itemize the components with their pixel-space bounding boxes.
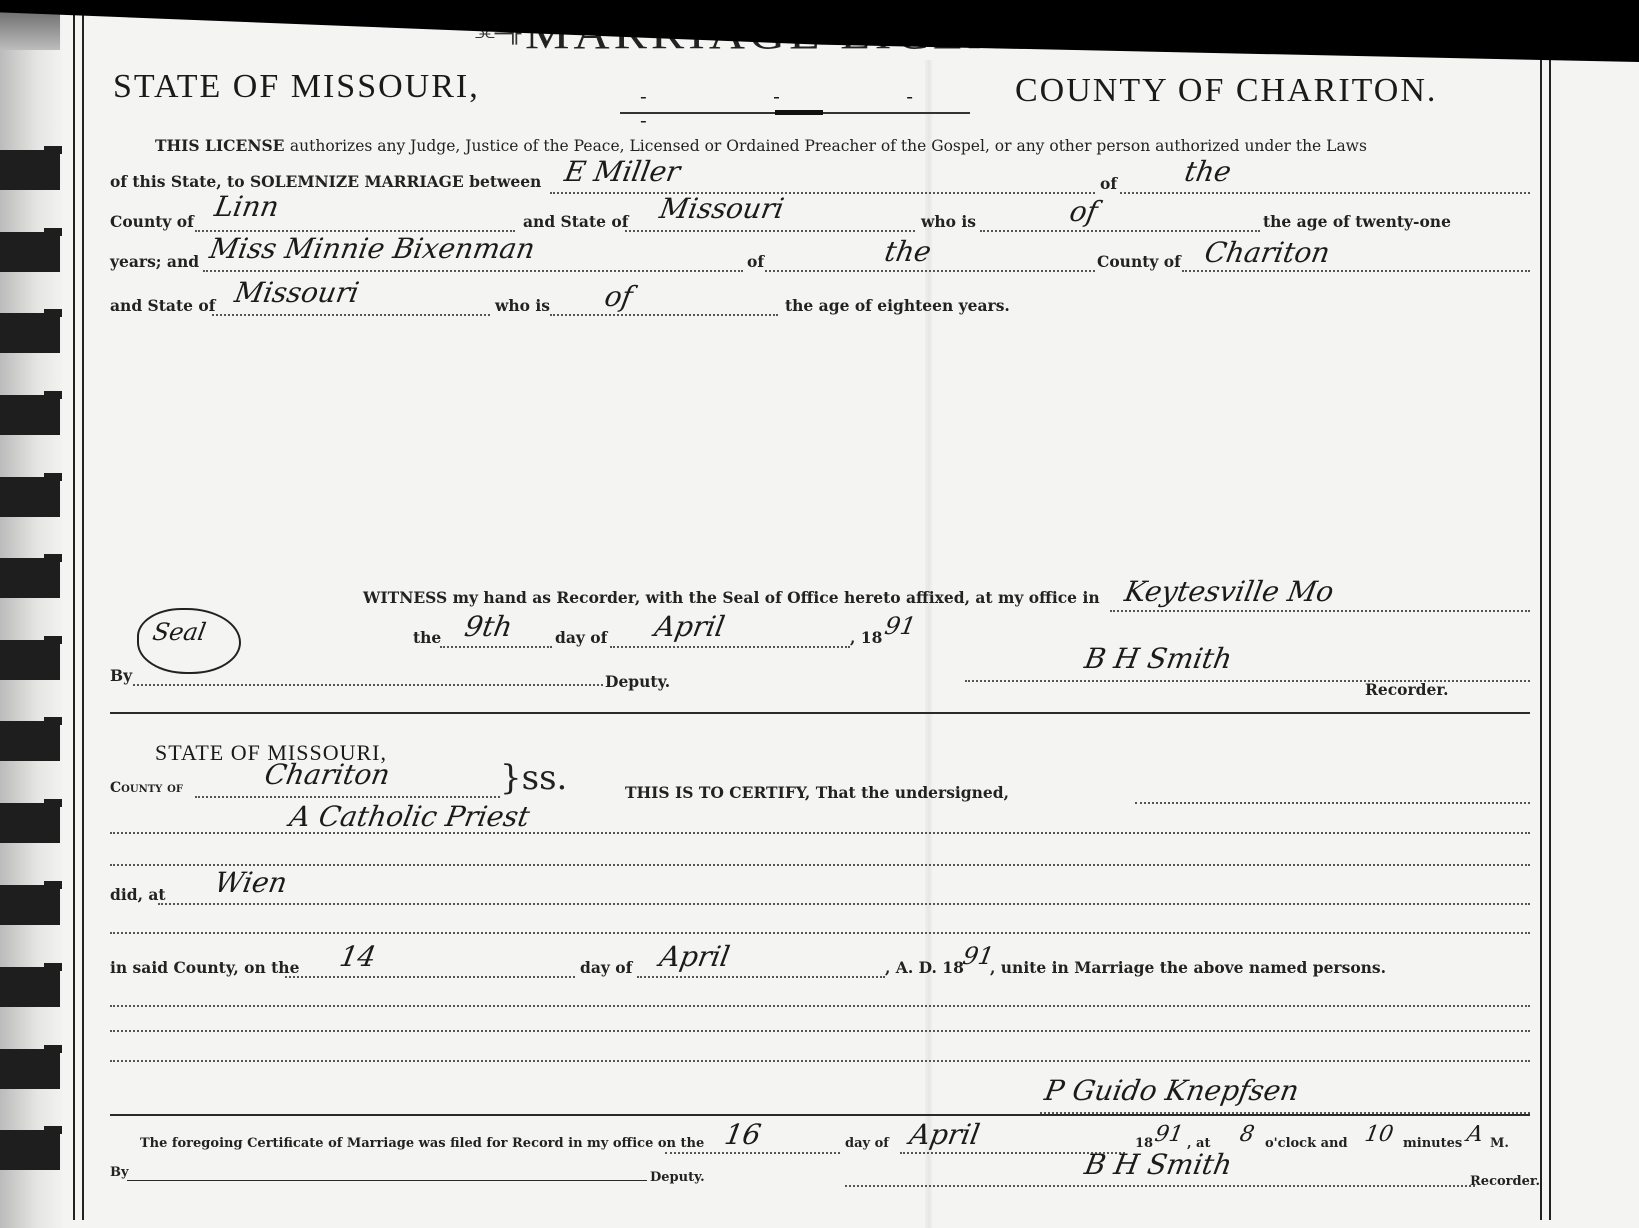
filing-deputy-line	[127, 1180, 647, 1181]
bride-name-line	[203, 270, 743, 272]
filing-deputy-label: Deputy.	[650, 1170, 705, 1185]
filing-day-field[interactable]: 16	[722, 1118, 763, 1151]
binder-tab	[0, 558, 60, 598]
witness-by-label: By	[110, 666, 132, 685]
filing-recorder-line	[845, 1185, 1475, 1187]
blank-line	[110, 932, 1530, 934]
cert-county-label: County of	[110, 780, 183, 796]
and-state-of-label: and State of	[523, 212, 628, 231]
in-said-county-label: in said County, on the	[110, 958, 299, 977]
header-dashes: - - - -	[640, 84, 1030, 132]
groom-name-field[interactable]: E Miller	[562, 155, 683, 188]
header-rule	[620, 112, 970, 114]
filing-day-of-label: day of	[845, 1136, 889, 1151]
filing-year-field[interactable]: 91	[1153, 1122, 1185, 1147]
filing-text: The foregoing Certificate of Marriage wa…	[140, 1136, 704, 1151]
bride-state-label: and State of	[110, 296, 215, 315]
border-line-right-outer	[1549, 10, 1551, 1220]
license-intro: THIS LICENSE authorizes any Judge, Justi…	[155, 136, 1367, 155]
filing-meridiem-field[interactable]: A	[1465, 1122, 1485, 1147]
groom-age-field[interactable]: of	[1067, 195, 1100, 228]
groom-state-field[interactable]: Missouri	[657, 192, 786, 225]
witness-the-label: the	[413, 628, 441, 647]
binder-tab	[0, 640, 60, 680]
cert-county-field[interactable]: Chariton	[262, 758, 392, 791]
bride-state-line	[212, 314, 490, 316]
office-location-line	[1110, 610, 1530, 612]
cert-month-line	[637, 976, 885, 978]
binder-tab	[0, 477, 60, 517]
filing-recorder-label: Recorder.	[1470, 1174, 1540, 1189]
bride-age-line	[550, 314, 778, 316]
cert-month-field[interactable]: April	[657, 940, 732, 973]
officiant-signature: P Guido Knepfsen	[1042, 1074, 1301, 1107]
binder-tab	[0, 232, 60, 272]
filing-day-line	[665, 1152, 840, 1154]
solemnize-label: of this State, to SOLEMNIZE MARRIAGE bet…	[110, 172, 541, 191]
witness-deputy-label: Deputy.	[605, 672, 670, 691]
groom-of-field[interactable]: the	[1182, 155, 1234, 188]
binder-tab	[0, 967, 60, 1007]
binder-tab	[0, 1130, 60, 1170]
recorder-label: Recorder.	[1365, 680, 1449, 699]
binder-spine	[0, 0, 62, 1228]
binder-tab	[0, 803, 60, 843]
cert-day-line	[285, 976, 575, 978]
age-21-label: the age of twenty-one	[1263, 212, 1451, 231]
witness-month-field[interactable]: April	[652, 610, 727, 643]
witness-year-field[interactable]: 91	[883, 612, 918, 640]
blank-line	[110, 1005, 1530, 1007]
binder-tab	[0, 395, 60, 435]
blank-line	[110, 1060, 1530, 1062]
oclock-label: o'clock and	[1265, 1136, 1348, 1151]
witness-deputy-line	[133, 684, 603, 686]
bride-of-label: of	[747, 252, 764, 271]
recorder-signature: B H Smith	[1082, 642, 1235, 675]
ss-brace: }ss.	[500, 758, 567, 798]
certify-text: THIS IS TO CERTIFY, That the undersigned…	[625, 783, 1009, 802]
cert-day-field[interactable]: 14	[337, 940, 378, 973]
cert-county-line	[195, 796, 500, 798]
groom-of-line	[1120, 192, 1530, 194]
bride-county-line	[1182, 270, 1530, 272]
bride-of-field[interactable]: the	[882, 235, 934, 268]
witness-year-prefix: , 18	[850, 628, 882, 647]
witness-month-line	[610, 646, 850, 648]
binder-tab	[0, 885, 60, 925]
undersigned-line	[1135, 802, 1530, 804]
border-line-left-inner	[82, 10, 84, 1220]
county-heading: COUNTY OF CHARITON.	[1015, 72, 1437, 110]
blank-line	[110, 864, 1530, 866]
seal-mark: Seal	[137, 608, 241, 674]
blank-line	[110, 1030, 1530, 1032]
unite-text: , unite in Marriage the above named pers…	[990, 958, 1386, 977]
bride-name-field[interactable]: Miss Minnie Bixenman	[207, 232, 537, 265]
bride-county-field[interactable]: Chariton	[1202, 236, 1332, 269]
binder-tab	[0, 150, 60, 190]
binder-tab	[0, 1049, 60, 1089]
binder-tab	[0, 721, 60, 761]
witness-day-of-label: day of	[555, 628, 607, 647]
officiant-field[interactable]: A Catholic Priest	[287, 800, 532, 833]
witness-text: WITNESS my hand as Recorder, with the Se…	[363, 588, 1100, 607]
ad-label: , A. D. 18	[885, 958, 964, 977]
of-label: of	[1100, 174, 1117, 193]
filing-by-label: By	[110, 1165, 129, 1180]
age-18-label: the age of eighteen years.	[785, 296, 1010, 315]
filing-minutes-field[interactable]: 10	[1363, 1122, 1395, 1147]
marriage-license-page: ⫘═╬ MARRIAGE LICENSE. STATE OF MISSOURI,…	[85, 0, 1545, 1228]
place-field[interactable]: Wien	[212, 866, 290, 899]
binder-tab	[0, 313, 60, 353]
border-line-left-outer	[73, 10, 75, 1220]
groom-state-line	[625, 230, 915, 232]
groom-age-line	[980, 230, 1260, 232]
bride-county-label: County of	[1097, 252, 1181, 271]
filing-month-field[interactable]: April	[907, 1118, 982, 1151]
bride-of-line	[765, 270, 1095, 272]
bride-who-is-label: who is	[495, 296, 550, 315]
years-and-label: years; and	[110, 252, 199, 271]
m-label: M.	[1490, 1136, 1509, 1151]
who-is-label: who is	[921, 212, 976, 231]
place-line	[158, 903, 1530, 905]
filing-recorder-signature: B H Smith	[1082, 1148, 1235, 1181]
filing-hour-field[interactable]: 8	[1238, 1122, 1256, 1147]
groom-name-line	[550, 192, 1095, 194]
office-location-field[interactable]: Keytesville Mo	[1122, 575, 1336, 608]
cert-day-of-label: day of	[580, 958, 632, 977]
bride-age-field[interactable]: of	[602, 280, 635, 313]
did-at-label: did, at	[110, 885, 166, 904]
state-heading: STATE OF MISSOURI,	[113, 68, 480, 106]
witness-day-line	[440, 646, 552, 648]
witness-day-field[interactable]: 9th	[462, 610, 515, 643]
bride-state-field[interactable]: Missouri	[232, 276, 361, 309]
county-of-label: County of	[110, 212, 194, 231]
section-divider	[110, 1114, 1530, 1116]
section-divider	[110, 712, 1530, 714]
minutes-label: minutes	[1403, 1136, 1462, 1151]
groom-county-field[interactable]: Linn	[212, 190, 281, 223]
